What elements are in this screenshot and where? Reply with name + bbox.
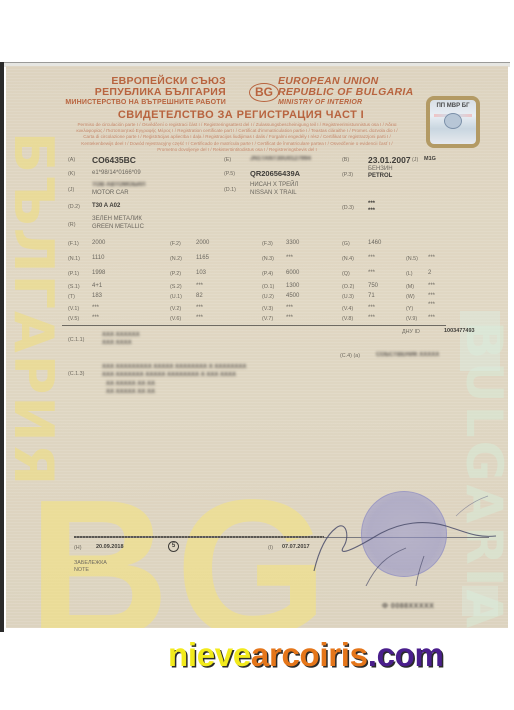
signature-line (74, 536, 324, 538)
field-code-d3: (D.3) (342, 205, 354, 211)
field-code-j-cat: (J) (412, 157, 418, 163)
owner-address-line-4: ХХ ХХХХХ ХХ ХХ (106, 389, 155, 395)
field-validity-date: 20.09.2018 (96, 544, 124, 550)
grid-value: *** (428, 283, 435, 289)
field-code-p5: (P.5) (224, 171, 235, 177)
owner-name-line-1: ХХХ ХХХХХХ (102, 332, 140, 338)
owner-status: СОБСТВЕНИК ХХХХХ (376, 352, 439, 358)
owner-address-line-1: ХХХ ХХХХХХХХХ ХХХХХ ХХХХХХХХ Х ХХХХХХХХ (102, 364, 246, 370)
grid-code: (P.4) (262, 271, 273, 277)
security-pattern (460, 311, 500, 371)
grid-value: *** (286, 305, 293, 311)
header-ministry-en: MINISTRY OF INTERIOR (278, 98, 414, 107)
field-commercial-name-1: *** (368, 201, 375, 207)
note-label-bg: ЗАБЕЛЕЖКА (74, 560, 107, 566)
field-code-r: (R) (68, 222, 75, 228)
section-divider (62, 325, 446, 326)
grid-code: (P.1) (68, 271, 79, 277)
signature-icon (306, 476, 506, 586)
grid-value: 1300 (286, 283, 299, 289)
grid-value: *** (286, 255, 293, 261)
field-make-bg: НИСАН Х ТРЕЙЛ (250, 182, 298, 188)
field-make-en: NISSAN X TRAIL (250, 190, 297, 196)
grid-code: (Q) (342, 271, 350, 277)
scan-edge (0, 62, 4, 632)
grid-value: *** (92, 305, 99, 311)
document-title: СВИДЕТЕЛСТВО ЗА РЕГИСТРАЦИЯ ЧАСТ I (6, 109, 476, 121)
grid-code: (V.8) (342, 316, 353, 322)
grid-code: (V.6) (170, 316, 181, 322)
grid-value: 2 (428, 270, 431, 276)
header-republic-bg: РЕПУБЛИКА БЪЛГАРИЯ (65, 87, 226, 98)
grid-value: *** (428, 302, 435, 308)
grid-code: (F.1) (68, 241, 79, 247)
field-code-d1: (D.1) (224, 187, 236, 193)
field-fuel-en: PETROL (368, 173, 392, 179)
grid-value: 6000 (286, 270, 299, 276)
field-fuel-bg: БЕНЗИН (368, 166, 393, 172)
field-code-j: (J) (68, 187, 74, 193)
grid-value: 1165 (196, 255, 209, 261)
hologram-seal-icon: ПП МВР БГ (426, 96, 480, 148)
grid-value: 1998 (92, 270, 105, 276)
field-color-en: GREEN METALLIC (92, 224, 144, 230)
grid-code: (O.1) (262, 284, 274, 290)
field-code-c11: (C.1.1) (68, 337, 84, 343)
grid-value: 1110 (92, 255, 104, 261)
watermark-text: БЪЛГАРИЯ (6, 131, 66, 486)
header-ministry-bg: МИНИСТЕРСТВО НА ВЪТРЕШНИТЕ РАБОТИ (65, 98, 226, 107)
grid-value: 4+1 (92, 283, 102, 289)
field-engine-number: QR20656439A (250, 169, 300, 178)
grid-code: (S.1) (68, 284, 80, 290)
grid-value: *** (428, 293, 435, 299)
grid-code: (U.3) (342, 294, 354, 300)
grid-code: (V.2) (170, 306, 181, 312)
note-label-en: NOTE (74, 567, 89, 573)
field-type-approval: e1*98/14*0166*09 (92, 170, 141, 176)
owner-address-line-3: ХХ ХХХХХ ХХ ХХ (106, 381, 155, 387)
grid-code: (U.2) (262, 294, 274, 300)
hologram-text: ПП МВР БГ (430, 103, 476, 109)
field-first-registration-date: 23.01.2007 (368, 155, 411, 165)
header-english: EUROPEAN UNION REPUBLIC OF BULGARIA MINI… (278, 76, 414, 107)
owner-name-line-2: ХХХ ХХХХ (102, 340, 132, 346)
field-registration-number: CO6435BC (92, 155, 136, 165)
grid-code: (L) (406, 271, 413, 277)
document-serial-number: Ф 0088XXXXX (382, 603, 434, 610)
field-vehicle-class: M1G (424, 156, 436, 162)
field-code-a: (A) (68, 157, 75, 163)
grid-code: (Y) (406, 306, 413, 312)
grid-code: (M) (406, 284, 414, 290)
brand-part-nieve: nieve (168, 636, 251, 673)
field-code-p3: (P.3) (342, 172, 353, 178)
site-watermark-brand: nievearcoiris.com (168, 636, 444, 674)
grid-value: 750 (368, 283, 378, 289)
grid-code: (V.3) (262, 306, 273, 312)
field-vin: JN1TANT30U0127994 (250, 156, 311, 162)
grid-value: 103 (196, 270, 206, 276)
field-commercial-name-2: *** (368, 208, 375, 214)
grid-code: (N.4) (342, 256, 354, 262)
grid-code: (U.1) (170, 294, 182, 300)
grid-value: 71 (368, 293, 375, 299)
field-code-d2: (D.2) (68, 204, 80, 210)
grid-value: *** (368, 305, 375, 311)
grid-value: *** (196, 315, 203, 321)
grid-code: (F.3) (262, 241, 273, 247)
field-color-bg: ЗЕЛЕН МЕТАЛИК (92, 216, 142, 222)
bg-country-badge: BG (249, 83, 279, 102)
dhv-value: 1003477493 (444, 328, 475, 334)
grid-code: (N.1) (68, 256, 80, 262)
grid-code: (S.2) (170, 284, 182, 290)
dhv-label: ДНУ ID (402, 329, 420, 335)
grid-value: *** (196, 283, 203, 289)
field-model-variant: T30 A A02 (92, 203, 120, 209)
grid-value: 82 (196, 293, 203, 299)
grid-code: (G) (342, 241, 350, 247)
grid-value: 1460 (368, 240, 381, 246)
header-republic-en: REPUBLIC OF BULGARIA (278, 87, 414, 98)
grid-value: 2000 (92, 240, 105, 246)
grid-code: (V.5) (68, 316, 79, 322)
brand-part-arcoiris: arcoiris (251, 636, 368, 673)
grid-value: *** (92, 315, 99, 321)
multilingual-title: Permiso de circulación parte I / Osvědče… (74, 122, 400, 153)
grid-code: (T) (68, 294, 75, 300)
grid-code: (N.3) (262, 256, 274, 262)
field-code-c4: (C.4) (a) (340, 353, 360, 359)
grid-code: (N.5) (406, 256, 418, 262)
owner-address-line-2: ХХХ ХХХХХХХ ХХХХХ ХХХХХХХХ Х ХХХ ХХХХ (102, 372, 236, 378)
grid-code: (P.2) (170, 271, 181, 277)
grid-value: *** (286, 315, 293, 321)
document-header: ЕВРОПЕЙСКИ СЪЮЗ РЕПУБЛИКА БЪЛГАРИЯ МИНИС… (6, 76, 508, 156)
grid-value: 183 (92, 293, 102, 299)
field-code-e: (E) (224, 157, 231, 163)
field-vehicle-category-en: MOTOR CAR (92, 190, 129, 196)
grid-code: (O.2) (342, 284, 354, 290)
grid-code: (V.1) (68, 306, 79, 312)
field-code-k: (K) (68, 171, 75, 177)
grid-code: (W) (406, 294, 415, 300)
grid-code: (V.7) (262, 316, 273, 322)
hologram-emblem-icon (444, 113, 462, 129)
grid-value: *** (368, 270, 375, 276)
seats-circle: 5 (168, 541, 179, 552)
field-code-c13: (C.1.3) (68, 371, 84, 377)
grid-code: (F.2) (170, 241, 181, 247)
grid-code: (N.2) (170, 256, 182, 262)
grid-value: 2000 (196, 240, 209, 246)
security-pattern (462, 586, 498, 616)
grid-value: *** (368, 315, 375, 321)
grid-code: (V.4) (342, 306, 353, 312)
header-bulgarian: ЕВРОПЕЙСКИ СЪЮЗ РЕПУБЛИКА БЪЛГАРИЯ МИНИС… (65, 76, 226, 107)
brand-part-com: .com (368, 636, 444, 673)
field-code-i: (I) (268, 545, 273, 551)
grid-value: *** (428, 255, 435, 261)
grid-value: *** (428, 315, 435, 321)
grid-value: *** (368, 255, 375, 261)
grid-code: (V.9) (406, 316, 417, 322)
grid-value: *** (196, 305, 203, 311)
field-code-b: (B) (342, 157, 349, 163)
grid-value: 3300 (286, 240, 299, 246)
registration-certificate: БЪЛГАРИЯ BULGARIA BG ЕВРОПЕЙСКИ СЪЮЗ РЕП… (6, 66, 508, 628)
grid-value: 4500 (286, 293, 299, 299)
field-vehicle-category-bg: ТОВ АВТОМОБИЛ (92, 182, 145, 188)
field-code-h: (H) (74, 545, 81, 551)
